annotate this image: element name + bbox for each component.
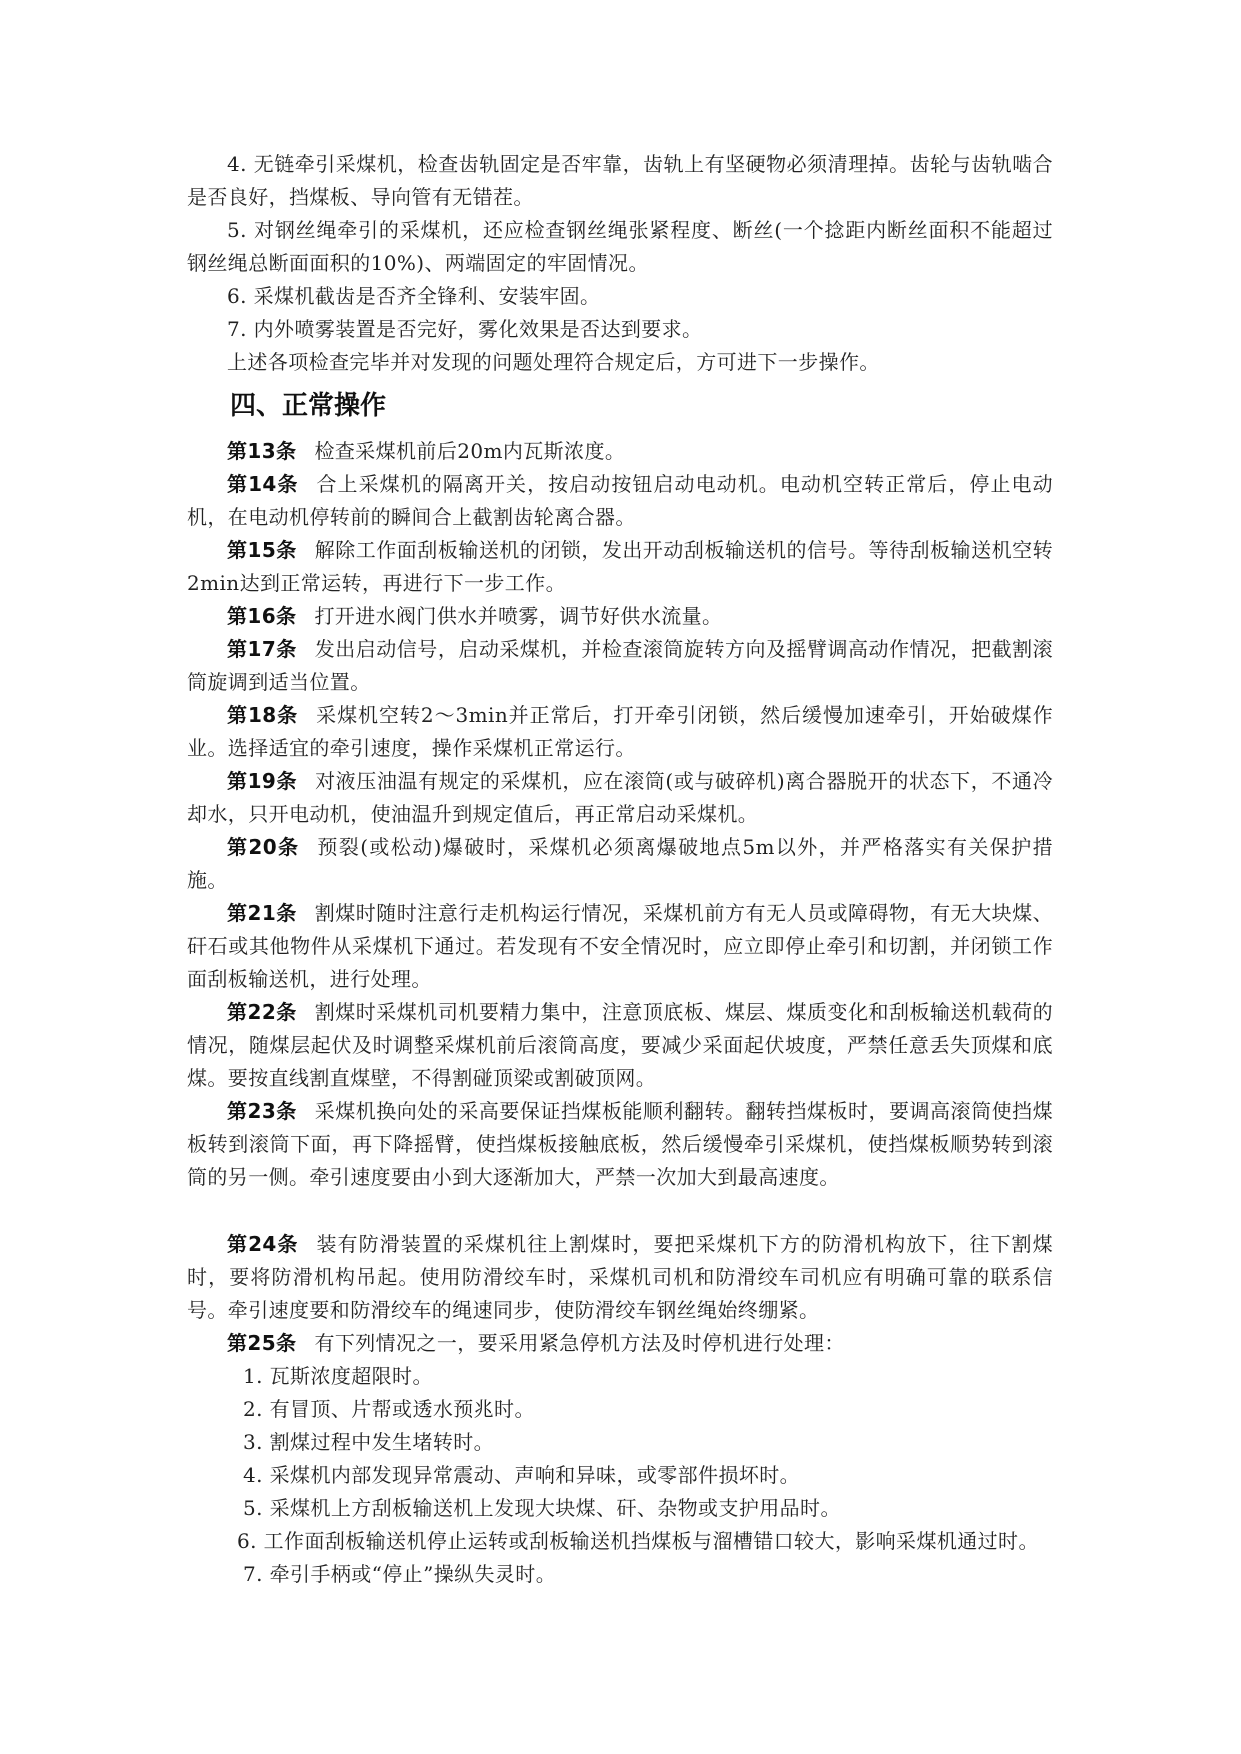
document-page: 4. 无链牵引采煤机，检查齿轨固定是否牢靠，齿轨上有坚硬物必须清理掉。齿轮与齿轨… bbox=[187, 148, 1053, 1591]
article-label: 第20条 bbox=[227, 835, 299, 859]
inspection-item-7: 7. 内外喷雾装置是否完好，雾化效果是否达到要求。 bbox=[187, 313, 1053, 346]
article-14: 第14条合上采煤机的隔离开关，按启动按钮启动电动机。电动机空转正常后，停止电动机… bbox=[187, 468, 1053, 534]
article-16: 第16条打开进水阀门供水并喷雾，调节好供水流量。 bbox=[187, 600, 1053, 633]
emergency-item-6: 6. 工作面刮板输送机停止运转或刮板输送机挡煤板与溜槽错口较大，影响采煤机通过时… bbox=[187, 1525, 1053, 1558]
emergency-item-3: 3. 割煤过程中发生堵转时。 bbox=[187, 1426, 1053, 1459]
article-text: 合上采煤机的隔离开关，按启动按钮启动电动机。电动机空转正常后，停止电动机，在电动… bbox=[187, 472, 1053, 529]
emergency-item-1: 1. 瓦斯浓度超限时。 bbox=[187, 1360, 1053, 1393]
article-text: 有下列情况之一，要采用紧急停机方法及时停机进行处理： bbox=[314, 1331, 844, 1355]
article-text: 割煤时随时注意行走机构运行情况，采煤机前方有无人员或障碍物，有无大块煤、矸石或其… bbox=[187, 901, 1053, 991]
article-15: 第15条解除工作面刮板输送机的闭锁，发出开动刮板输送机的信号。等待刮板输送机空转… bbox=[187, 534, 1053, 600]
article-label: 第13条 bbox=[227, 439, 296, 463]
section-heading-normal-operation: 四、正常操作 bbox=[187, 389, 1053, 423]
article-label: 第21条 bbox=[227, 901, 297, 925]
article-text: 发出启动信号，启动采煤机，并检查滚筒旋转方向及摇臂调高动作情况，把截割滚筒旋调到… bbox=[187, 637, 1053, 694]
article-text: 装有防滑装置的采煤机往上割煤时，要把采煤机下方的防滑机构放下，往下割煤时，要将防… bbox=[187, 1232, 1053, 1322]
article-label: 第14条 bbox=[227, 472, 298, 496]
article-20: 第20条预裂(或松动)爆破时，采煤机必须离爆破地点5m以外，并严格落实有关保护措… bbox=[187, 831, 1053, 897]
article-text: 采煤机换向处的采高要保证挡煤板能顺利翻转。翻转挡煤板时，要调高滚筒使挡煤板转到滚… bbox=[187, 1099, 1053, 1189]
article-13: 第13条检查采煤机前后20m内瓦斯浓度。 bbox=[187, 435, 1053, 468]
emergency-item-4: 4. 采煤机内部发现异常震动、声响和异味，或零部件损坏时。 bbox=[187, 1459, 1053, 1492]
article-24: 第24条装有防滑装置的采煤机往上割煤时，要把采煤机下方的防滑机构放下，往下割煤时… bbox=[187, 1228, 1053, 1327]
paragraph-gap bbox=[187, 1194, 1053, 1228]
inspection-item-6: 6. 采煤机截齿是否齐全锋利、安装牢固。 bbox=[187, 280, 1053, 313]
article-text: 对液压油温有规定的采煤机，应在滚筒(或与破碎机)离合器脱开的状态下，不通冷却水，… bbox=[187, 769, 1053, 826]
article-21: 第21条割煤时随时注意行走机构运行情况，采煤机前方有无人员或障碍物，有无大块煤、… bbox=[187, 897, 1053, 996]
article-label: 第25条 bbox=[227, 1331, 296, 1355]
article-text: 检查采煤机前后20m内瓦斯浓度。 bbox=[314, 439, 625, 463]
article-text: 解除工作面刮板输送机的闭锁，发出开动刮板输送机的信号。等待刮板输送机空转2min… bbox=[187, 538, 1053, 595]
article-18: 第18条采煤机空转2～3min并正常后，打开牵引闭锁，然后缓慢加速牵引，开始破煤… bbox=[187, 699, 1053, 765]
article-19: 第19条对液压油温有规定的采煤机，应在滚筒(或与破碎机)离合器脱开的状态下，不通… bbox=[187, 765, 1053, 831]
article-label: 第18条 bbox=[227, 703, 298, 727]
inspection-summary: 上述各项检查完毕并对发现的问题处理符合规定后，方可进下一步操作。 bbox=[187, 346, 1053, 379]
article-label: 第15条 bbox=[227, 538, 297, 562]
article-label: 第23条 bbox=[227, 1099, 297, 1123]
emergency-item-7: 7. 牵引手柄或“停止”操纵失灵时。 bbox=[187, 1558, 1053, 1591]
article-label: 第19条 bbox=[227, 769, 297, 793]
article-label: 第22条 bbox=[227, 1000, 297, 1024]
emergency-item-2: 2. 有冒顶、片帮或透水预兆时。 bbox=[187, 1393, 1053, 1426]
inspection-item-5: 5. 对钢丝绳牵引的采煤机，还应检查钢丝绳张紧程度、断丝(一个捻距内断丝面积不能… bbox=[187, 214, 1053, 280]
article-23: 第23条采煤机换向处的采高要保证挡煤板能顺利翻转。翻转挡煤板时，要调高滚筒使挡煤… bbox=[187, 1095, 1053, 1194]
article-22: 第22条割煤时采煤机司机要精力集中，注意顶底板、煤层、煤质变化和刮板输送机载荷的… bbox=[187, 996, 1053, 1095]
article-label: 第17条 bbox=[227, 637, 297, 661]
inspection-item-4: 4. 无链牵引采煤机，检查齿轨固定是否牢靠，齿轨上有坚硬物必须清理掉。齿轮与齿轨… bbox=[187, 148, 1053, 214]
article-label: 第16条 bbox=[227, 604, 296, 628]
article-17: 第17条发出启动信号，启动采煤机，并检查滚筒旋转方向及摇臂调高动作情况，把截割滚… bbox=[187, 633, 1053, 699]
article-25: 第25条有下列情况之一，要采用紧急停机方法及时停机进行处理： bbox=[187, 1327, 1053, 1360]
emergency-item-5: 5. 采煤机上方刮板输送机上发现大块煤、矸、杂物或支护用品时。 bbox=[187, 1492, 1053, 1525]
article-text: 预裂(或松动)爆破时，采煤机必须离爆破地点5m以外，并严格落实有关保护措施。 bbox=[187, 835, 1053, 892]
article-text: 割煤时采煤机司机要精力集中，注意顶底板、煤层、煤质变化和刮板输送机载荷的情况，随… bbox=[187, 1000, 1053, 1090]
article-label: 第24条 bbox=[227, 1232, 298, 1256]
article-text: 采煤机空转2～3min并正常后，打开牵引闭锁，然后缓慢加速牵引，开始破煤作业。选… bbox=[187, 703, 1053, 760]
article-text: 打开进水阀门供水并喷雾，调节好供水流量。 bbox=[314, 604, 722, 628]
